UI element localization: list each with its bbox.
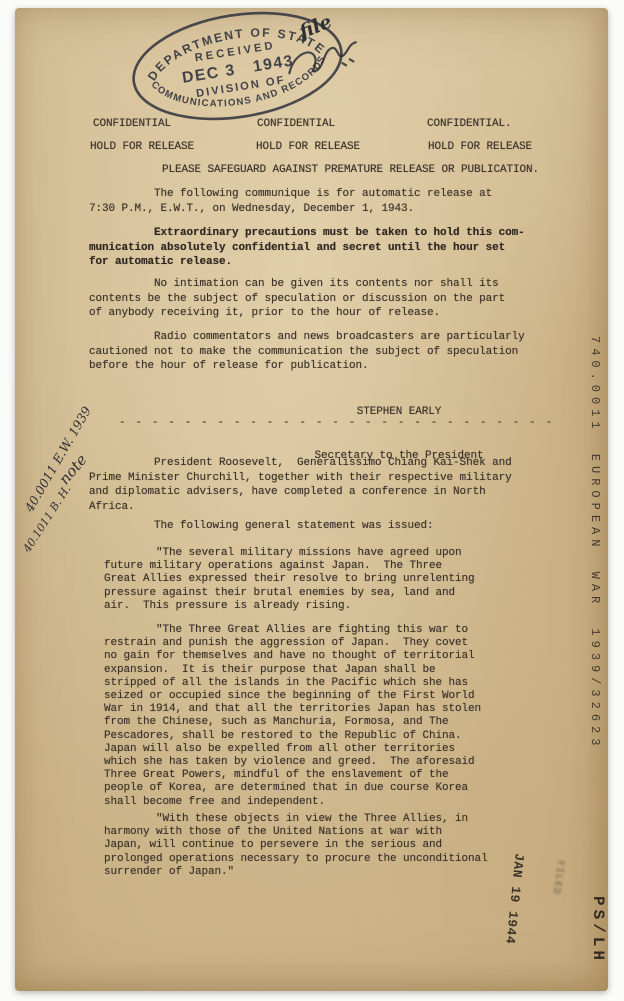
confidential-label-3: CONFIDENTIAL.: [427, 117, 512, 132]
file-reference-vertical: 740.0011 EUROPEAN WAR 1939/32623: [588, 336, 602, 750]
filed-stamp: FILED: [550, 859, 566, 895]
communique-statement-lead: The following general statement was issu…: [89, 519, 434, 534]
notice-paragraph-1: The following communique is for automati…: [89, 187, 492, 216]
document-paper: DEPARTMENT OF STATE RECEIVED DEC 3 1943 …: [15, 8, 608, 991]
notice-paragraph-2: Extraordinary precautions must be taken …: [89, 226, 525, 270]
safeguard-notice: PLEASE SAFEGUARD AGAINST PREMATURE RELEA…: [162, 163, 539, 178]
hold-for-release-label-2: HOLD FOR RELEASE: [256, 140, 360, 155]
notice-paragraph-3: No intimation can be given its contents …: [89, 277, 505, 321]
communique-quote-1: "The several military missions have agre…: [104, 547, 475, 613]
communique-quote-3: "With these objects in view the Three Al…: [104, 813, 488, 879]
confidential-label-1: CONFIDENTIAL: [93, 117, 171, 132]
communique-quote-2: "The Three Great Allies are fighting thi…: [104, 624, 481, 809]
communique-intro: President Roosevelt, Generalissimo Chian…: [89, 456, 512, 514]
hold-for-release-label-3: HOLD FOR RELEASE: [428, 140, 532, 155]
hold-for-release-label-1: HOLD FOR RELEASE: [90, 140, 194, 155]
jan-19-1944-date-stamp: JAN 19 1944: [502, 852, 526, 944]
confidential-label-2: CONFIDENTIAL: [257, 117, 335, 132]
notice-paragraph-4: Radio commentators and news broadcasters…: [89, 330, 525, 374]
office-code-ps-lh: PS/LH: [589, 896, 607, 964]
dashed-divider: - - - - - - - - - - - - - - - - - - - - …: [119, 416, 554, 431]
